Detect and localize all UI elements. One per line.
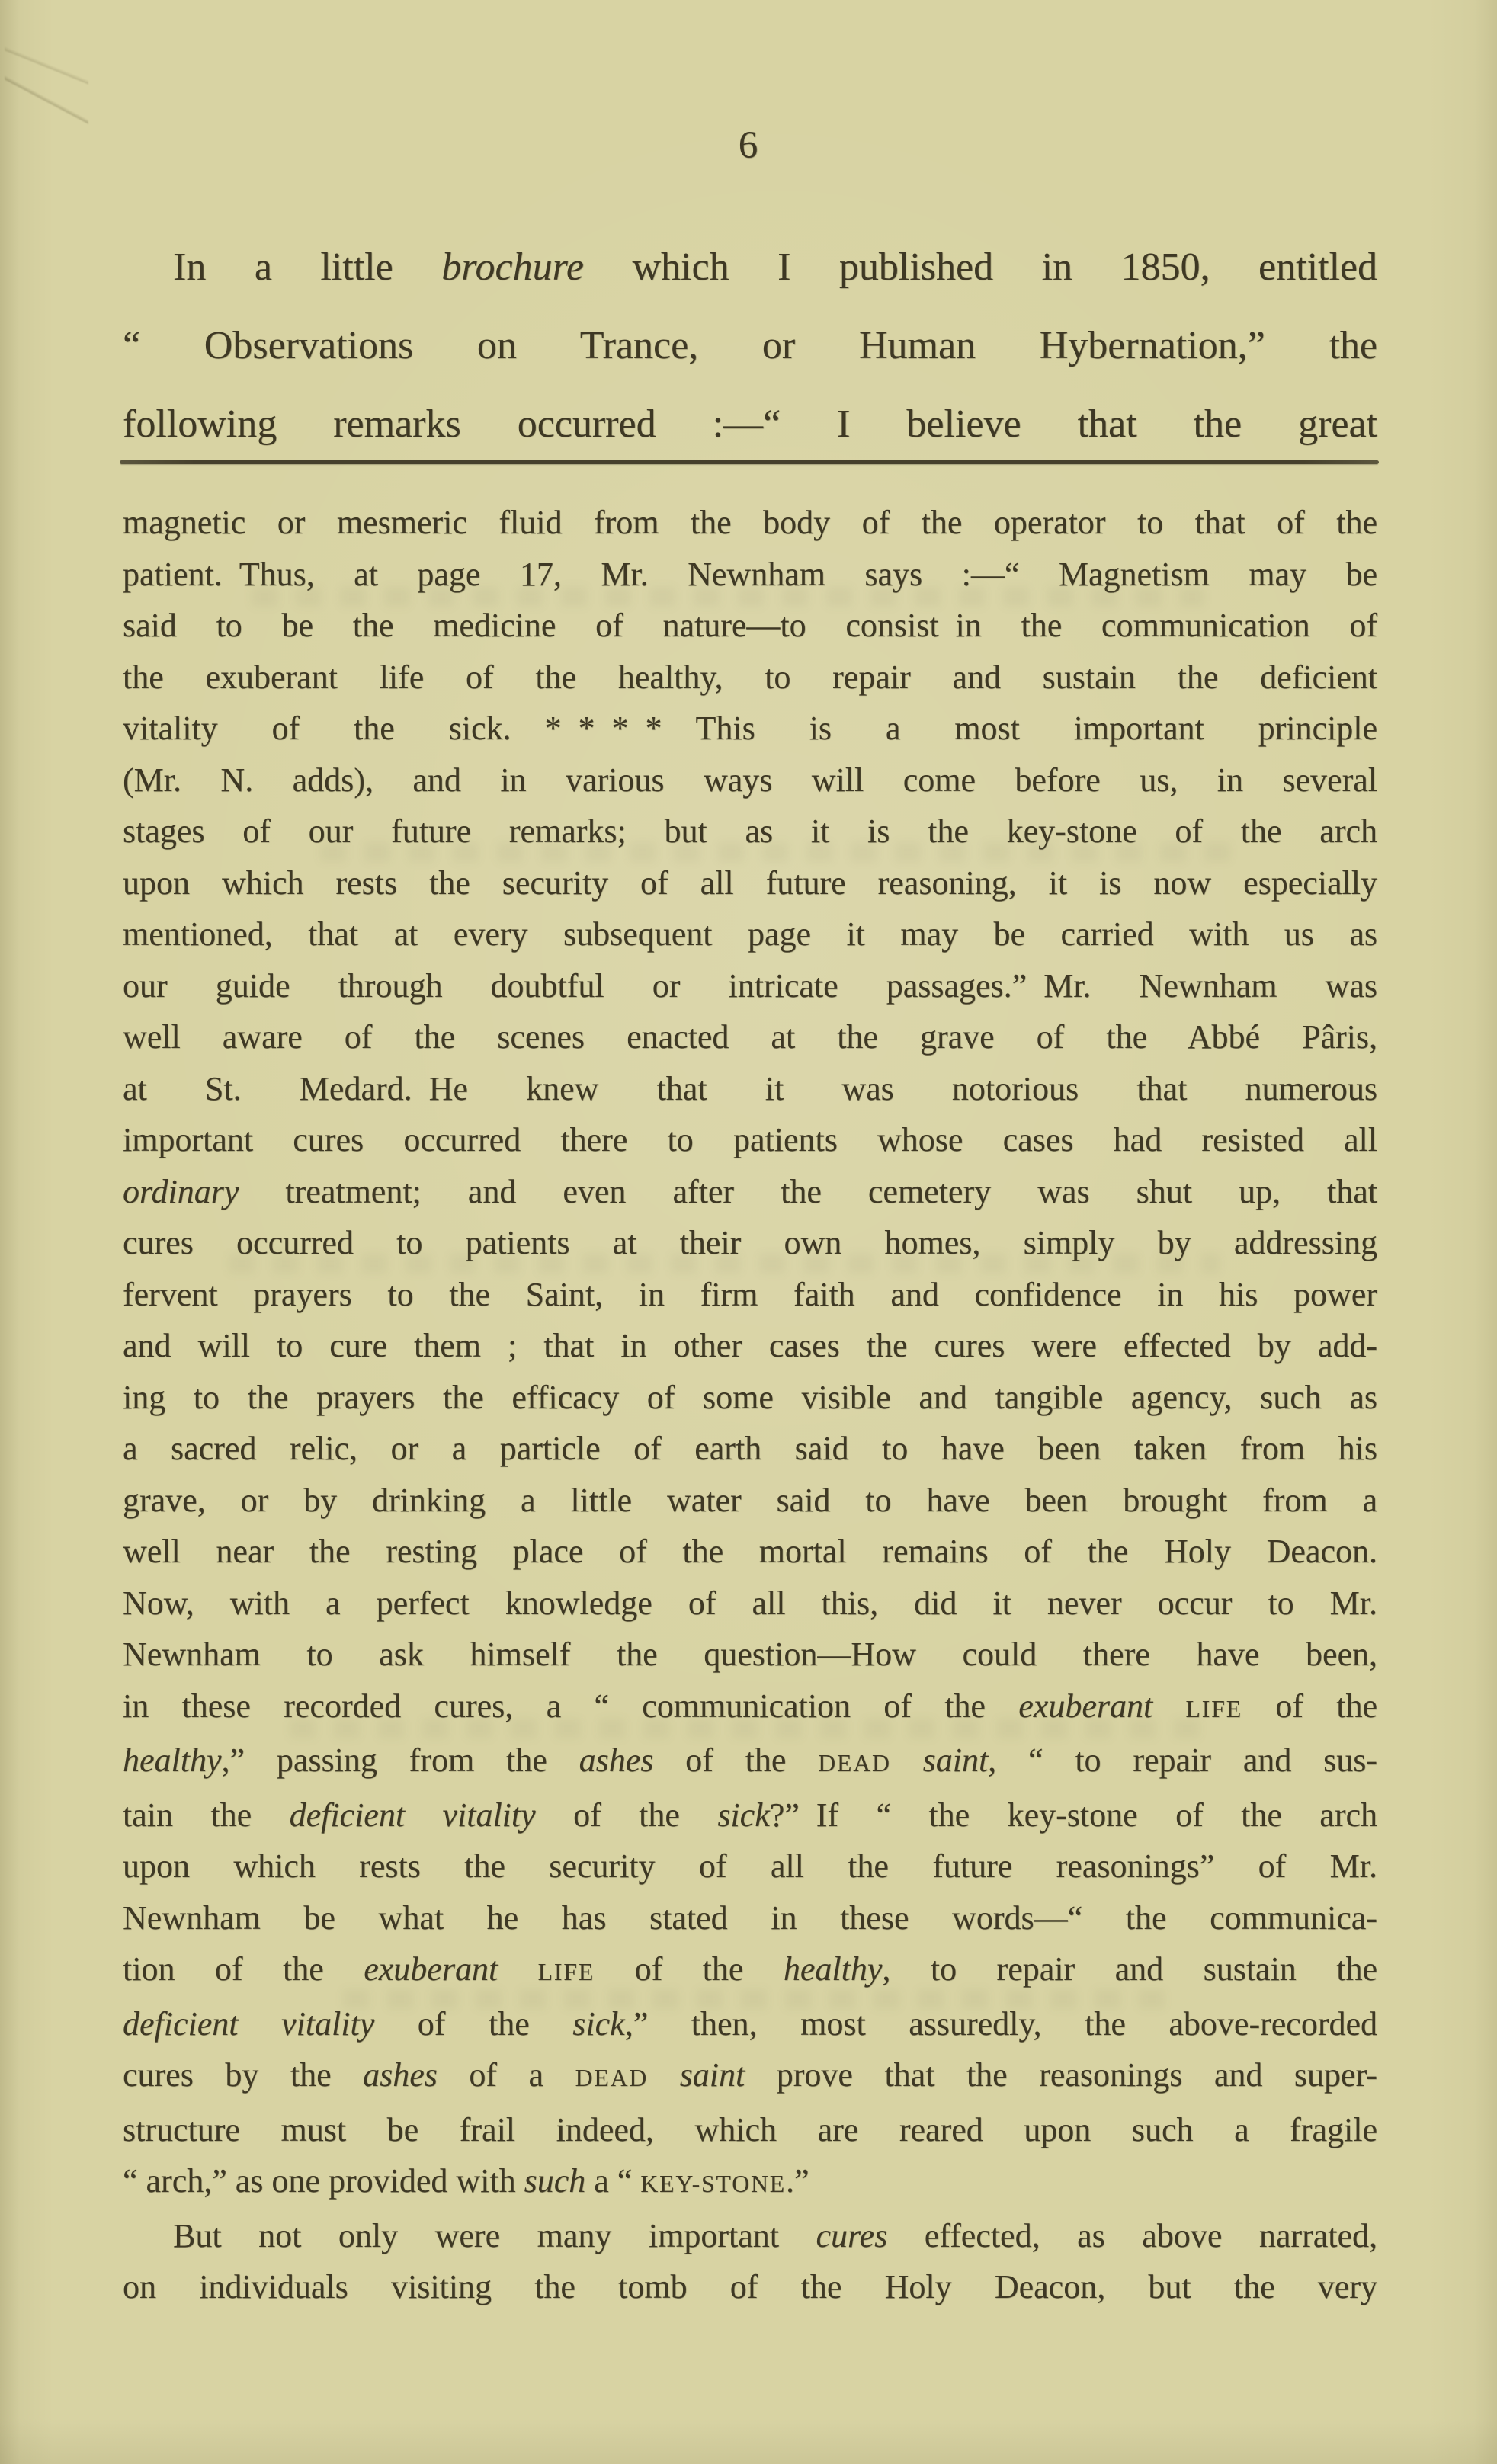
text-line: “ arch,” as one provided with such a “ K…	[123, 2155, 1377, 2210]
small-caps-text: DEAD	[575, 2065, 649, 2091]
text-line: grave, or by drinking a little water sai…	[123, 1475, 1377, 1527]
text-line: cures by the ashes of a DEAD saint prove…	[123, 2049, 1377, 2104]
italic-text: exuberant	[1018, 1687, 1152, 1725]
text-line: ing to the prayers the efficacy of some …	[123, 1372, 1377, 1424]
text-segment: vitality of the sick. * * * * This is a …	[123, 710, 1377, 747]
text-line: important cures occurred there to patien…	[123, 1114, 1377, 1166]
text-line: well near the resting place of the morta…	[123, 1526, 1377, 1578]
text-line: Newnham be what he has stated in these w…	[123, 1892, 1377, 1944]
text-segment: and will to cure them ; that in other ca…	[123, 1327, 1377, 1364]
text-segment: Newnham to ask himself the question—How …	[123, 1636, 1377, 1673]
text-line: cures occurred to patients at their own …	[123, 1217, 1377, 1269]
text-segment: upon which rests the security of all the…	[123, 1847, 1377, 1885]
text-segment: In a little	[173, 245, 441, 289]
text-segment: following remarks occurred :—“ I believe…	[123, 402, 1377, 446]
text-segment: grave, or by drinking a little water sai…	[123, 1482, 1377, 1519]
italic-text: saint	[923, 1741, 989, 1779]
text-line: tion of the exuberant LIFE of the health…	[123, 1943, 1377, 1998]
italic-text: deficient vitality	[290, 1796, 536, 1834]
italic-text: such	[524, 2162, 586, 2200]
small-caps-text: LIFE	[538, 1959, 595, 1985]
text-line: the exuberant life of the healthy, to re…	[123, 652, 1377, 703]
text-segment: of the	[653, 1741, 818, 1779]
text-segment: ?” If “ the key-stone of the arch	[770, 1796, 1377, 1834]
text-line: mentioned, that at every subsequent page…	[123, 908, 1377, 960]
text-segment: of the	[374, 2005, 572, 2043]
text-line: Now, with a perfect knowledge of all thi…	[123, 1578, 1377, 1629]
intro-paragraph: In a little brochure which I published i…	[123, 228, 1377, 463]
text-segment: structure must be frail indeed, which ar…	[123, 2111, 1377, 2148]
text-line: structure must be frail indeed, which ar…	[123, 2104, 1377, 2156]
small-caps-text: KEY-STONE	[640, 2171, 786, 2197]
italic-text: ordinary	[123, 1173, 239, 1210]
text-line: at St. Medard. He knew that it was notor…	[123, 1063, 1377, 1115]
text-segment: .”	[786, 2162, 809, 2200]
text-line: upon which rests the security of all fut…	[123, 857, 1377, 909]
italic-text: healthy	[784, 1950, 883, 1988]
text-segment: ,” passing from the	[222, 1741, 579, 1779]
text-line: magnetic or mesmeric fluid from the body…	[123, 497, 1377, 549]
italic-text: exuberant	[364, 1950, 498, 1988]
text-segment: effected, as above narrated,	[887, 2217, 1377, 2254]
text-segment: , to repair and sustain the	[882, 1950, 1377, 1988]
text-segment: “ Observations on Trance, or Human Hyber…	[123, 324, 1377, 367]
text-line: in these recorded cures, a “ communicati…	[123, 1681, 1377, 1735]
text-segment: tain the	[123, 1796, 290, 1834]
text-segment: of the	[1242, 1687, 1377, 1725]
text-segment: “ arch,” as one provided with	[123, 2162, 524, 2200]
text-segment: of the	[595, 1950, 784, 1988]
text-line: ordinary treatment; and even after the c…	[123, 1166, 1377, 1218]
text-line: and will to cure them ; that in other ca…	[123, 1320, 1377, 1372]
footnote-text: magnetic or mesmeric fluid from the body…	[123, 497, 1377, 2313]
text-line: (Mr. N. adds), and in various ways will …	[123, 755, 1377, 806]
text-segment	[648, 2056, 680, 2094]
text-segment: cures occurred to patients at their own …	[123, 1224, 1377, 1261]
text-segment: mentioned, that at every subsequent page…	[123, 915, 1377, 953]
text-line: a sacred relic, or a particle of earth s…	[123, 1423, 1377, 1475]
text-segment: in these recorded cures, a “ communicati…	[123, 1687, 1018, 1725]
text-line: tain the deficient vitality of the sick?…	[123, 1790, 1377, 1841]
text-line: our guide through doubtful or intricate …	[123, 960, 1377, 1012]
small-caps-text: DEAD	[818, 1750, 891, 1777]
text-segment: tion of the	[123, 1950, 364, 1988]
text-segment: a sacred relic, or a particle of earth s…	[123, 1430, 1377, 1467]
text-segment: said to be the medicine of nature—to con…	[123, 607, 1377, 644]
text-line: “ Observations on Trance, or Human Hyber…	[123, 306, 1377, 385]
italic-text: healthy	[123, 1741, 222, 1779]
italic-text: deficient vitality	[123, 2005, 374, 2043]
text-line: deficient vitality of the sick,” then, m…	[123, 1998, 1377, 2050]
text-segment: magnetic or mesmeric fluid from the body…	[123, 504, 1377, 541]
text-segment: at St. Medard. He knew that it was notor…	[123, 1070, 1377, 1107]
text-line: Newnham to ask himself the question—How …	[123, 1629, 1377, 1681]
page-number: 6	[0, 127, 1497, 165]
text-segment: important cures occurred there to patien…	[123, 1121, 1377, 1158]
italic-text: sick	[572, 2005, 624, 2043]
text-segment: Now, with a perfect knowledge of all thi…	[123, 1584, 1377, 1622]
text-segment: which I published in 1850, entitled	[584, 245, 1377, 289]
text-segment: a “	[585, 2162, 640, 2200]
text-segment: of the	[536, 1796, 718, 1834]
text-line: vitality of the sick. * * * * This is a …	[123, 703, 1377, 755]
text-segment: (Mr. N. adds), and in various ways will …	[123, 761, 1377, 799]
italic-text: ashes	[579, 1741, 654, 1779]
text-line: stages of our future remarks; but as it …	[123, 806, 1377, 857]
text-segment: prove that the reasonings and super-	[745, 2056, 1377, 2094]
text-segment: treatment; and even after the cemetery w…	[239, 1173, 1377, 1210]
text-line: In a little brochure which I published i…	[123, 228, 1377, 306]
text-segment: ing to the prayers the efficacy of some …	[123, 1379, 1377, 1416]
italic-text: brochure	[441, 245, 584, 289]
text-segment: our guide through doubtful or intricate …	[123, 967, 1377, 1005]
text-segment: cures by the	[123, 2056, 363, 2094]
text-segment: stages of our future remarks; but as it …	[123, 812, 1377, 850]
book-page-scan: 6 In a little brochure which I published…	[0, 0, 1497, 2464]
text-segment	[498, 1950, 537, 1988]
text-segment: patient. Thus, at page 17, Mr. Newnham s…	[123, 556, 1377, 593]
text-segment: on individuals visiting the tomb of the …	[123, 2268, 1377, 2305]
italic-text: saint	[680, 2056, 745, 2094]
footnote-separator-rule	[120, 460, 1379, 464]
italic-text: sick	[717, 1796, 769, 1834]
text-segment: , “ to repair and sus-	[988, 1741, 1377, 1779]
text-segment: well aware of the scenes enacted at the …	[123, 1018, 1377, 1056]
text-line: on individuals visiting the tomb of the …	[123, 2261, 1377, 2313]
text-line: healthy,” passing from the ashes of the …	[123, 1735, 1377, 1790]
text-line: well aware of the scenes enacted at the …	[123, 1011, 1377, 1063]
text-line: upon which rests the security of all the…	[123, 1841, 1377, 1892]
text-segment	[1152, 1687, 1185, 1725]
text-line: fervent prayers to the Saint, in firm fa…	[123, 1269, 1377, 1321]
italic-text: ashes	[363, 2056, 438, 2094]
text-segment: But not only were many important	[173, 2217, 816, 2254]
text-segment	[891, 1741, 923, 1779]
italic-text: cures	[816, 2217, 888, 2254]
text-line: But not only were many important cures e…	[123, 2210, 1377, 2262]
text-segment: well near the resting place of the morta…	[123, 1533, 1377, 1570]
text-segment: ,” then, most assuredly, the above-recor…	[625, 2005, 1377, 2043]
text-segment: of a	[438, 2056, 575, 2094]
text-segment: upon which rests the security of all fut…	[123, 864, 1377, 902]
text-line: following remarks occurred :—“ I believe…	[123, 385, 1377, 463]
small-caps-text: LIFE	[1186, 1696, 1242, 1722]
text-line: said to be the medicine of nature—to con…	[123, 600, 1377, 652]
text-segment: the exuberant life of the healthy, to re…	[123, 658, 1377, 696]
text-segment: Newnham be what he has stated in these w…	[123, 1899, 1377, 1937]
text-line: patient. Thus, at page 17, Mr. Newnham s…	[123, 549, 1377, 601]
text-segment: fervent prayers to the Saint, in firm fa…	[123, 1276, 1377, 1313]
